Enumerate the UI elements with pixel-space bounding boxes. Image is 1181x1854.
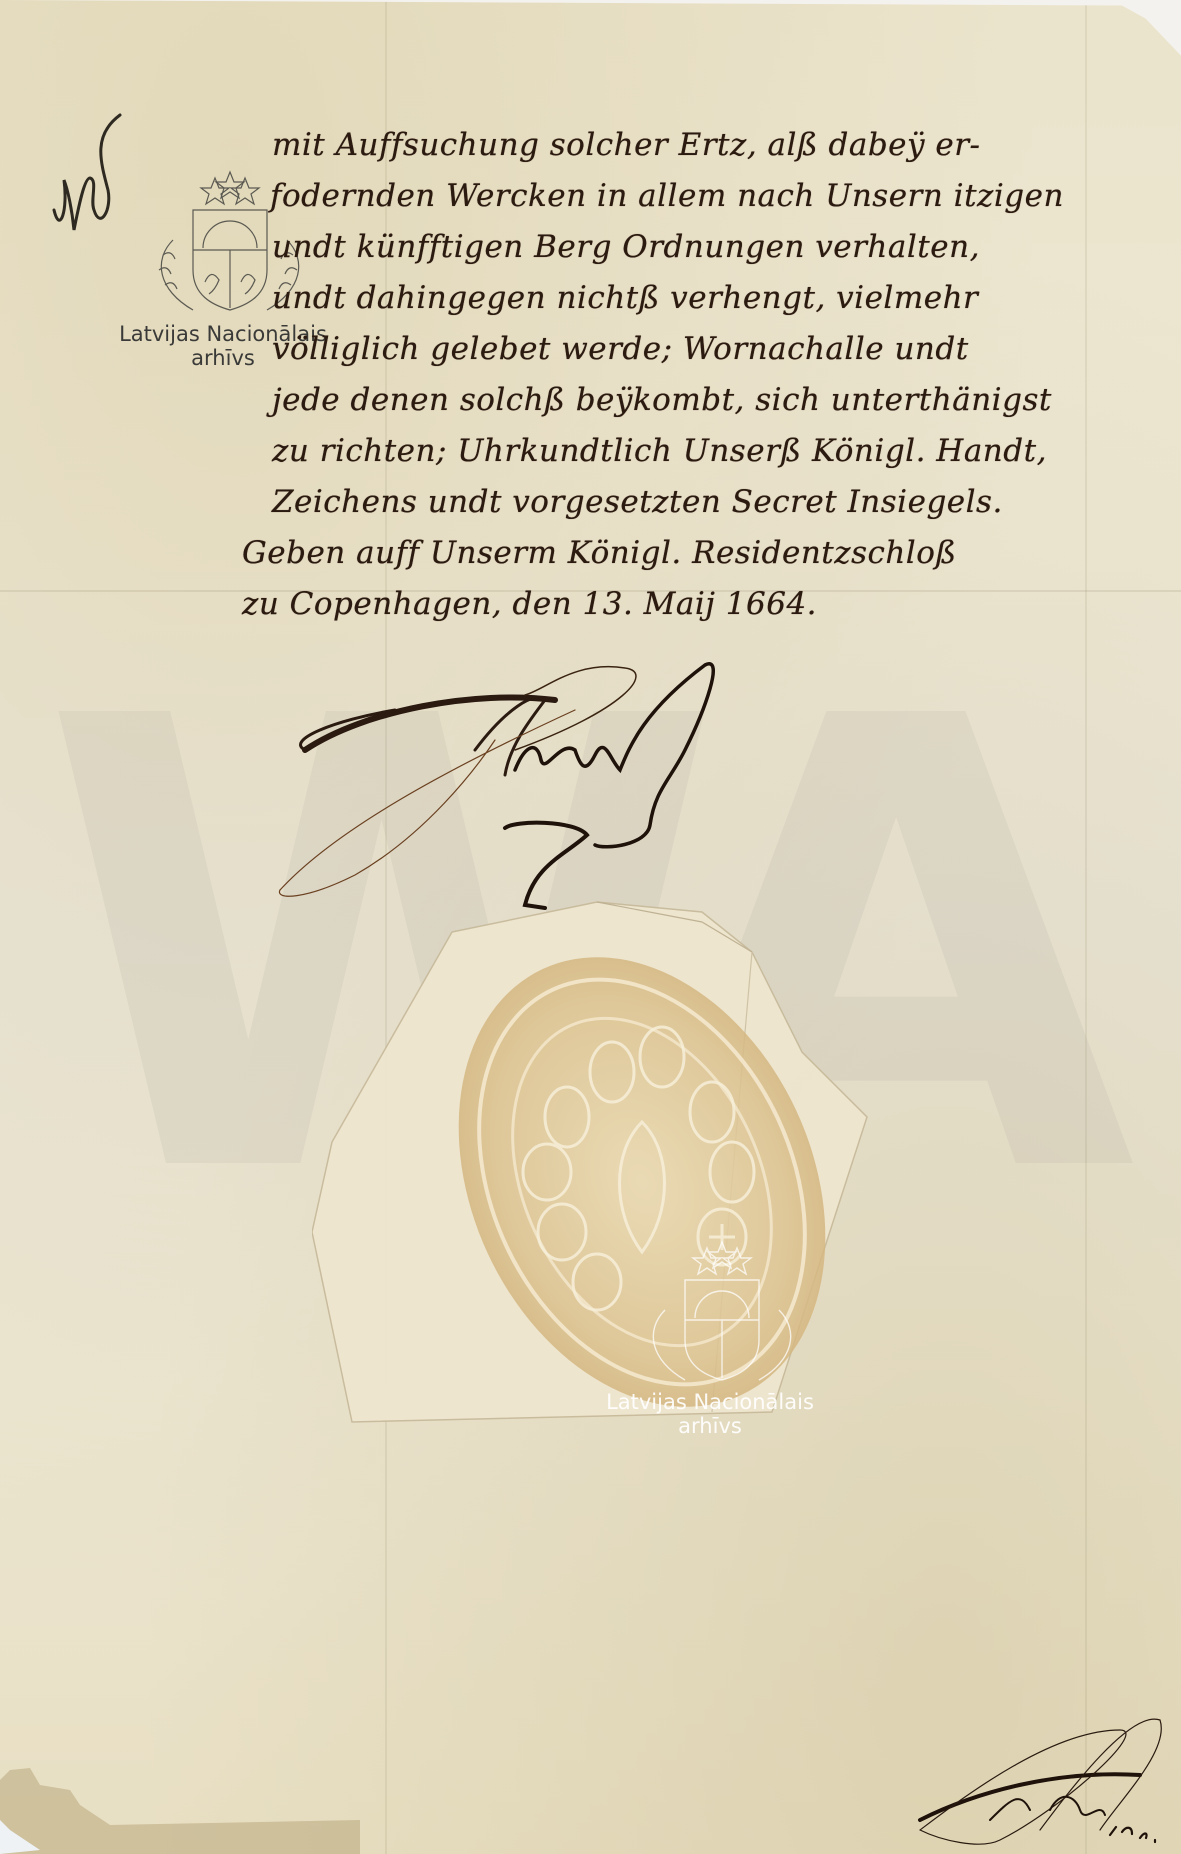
handwritten-line: völliglich gelebet werde; Wornachalle un… xyxy=(272,324,1172,375)
watermark-line1: Latvijas Nacionālais xyxy=(580,1390,840,1414)
watermark-line2: arhīvs xyxy=(580,1414,840,1438)
torn-corner xyxy=(0,1760,360,1854)
letter-body: mit Auffsuchung solcher Ertz, alß dabeÿ … xyxy=(272,120,1172,630)
handwritten-line: undt künfftigen Berg Ordnungen verhalten… xyxy=(272,222,1172,273)
handwritten-line: Zeichens undt vorgesetzten Secret Insieg… xyxy=(272,477,1172,528)
handwritten-line: fodernden Wercken in allem nach Unsern i… xyxy=(270,171,1172,222)
handwritten-line-date: zu Copenhagen, den 13. Maij 1664. xyxy=(242,579,1172,630)
margin-note-icon xyxy=(38,60,128,240)
handwritten-line: jede denen solchß beÿkombt, sich unterth… xyxy=(272,375,1172,426)
latvia-coat-of-arms-icon xyxy=(625,1240,815,1390)
handwritten-line: Geben auff Unserm Königl. Residentzschlo… xyxy=(242,528,1172,579)
handwritten-line: zu richten; Uhrkundtlich Unserß Königl. … xyxy=(272,426,1172,477)
countersignature-icon xyxy=(900,1690,1170,1850)
document-page: WA Latvijas Nacionālais arhīvs xyxy=(0,0,1181,1854)
royal-signature-icon xyxy=(275,650,745,930)
handwritten-line: mit Auffsuchung solcher Ertz, alß dabeÿ … xyxy=(272,120,1172,171)
handwritten-line: undt dahingegen nichtß verhengt, vielmeh… xyxy=(272,273,1172,324)
